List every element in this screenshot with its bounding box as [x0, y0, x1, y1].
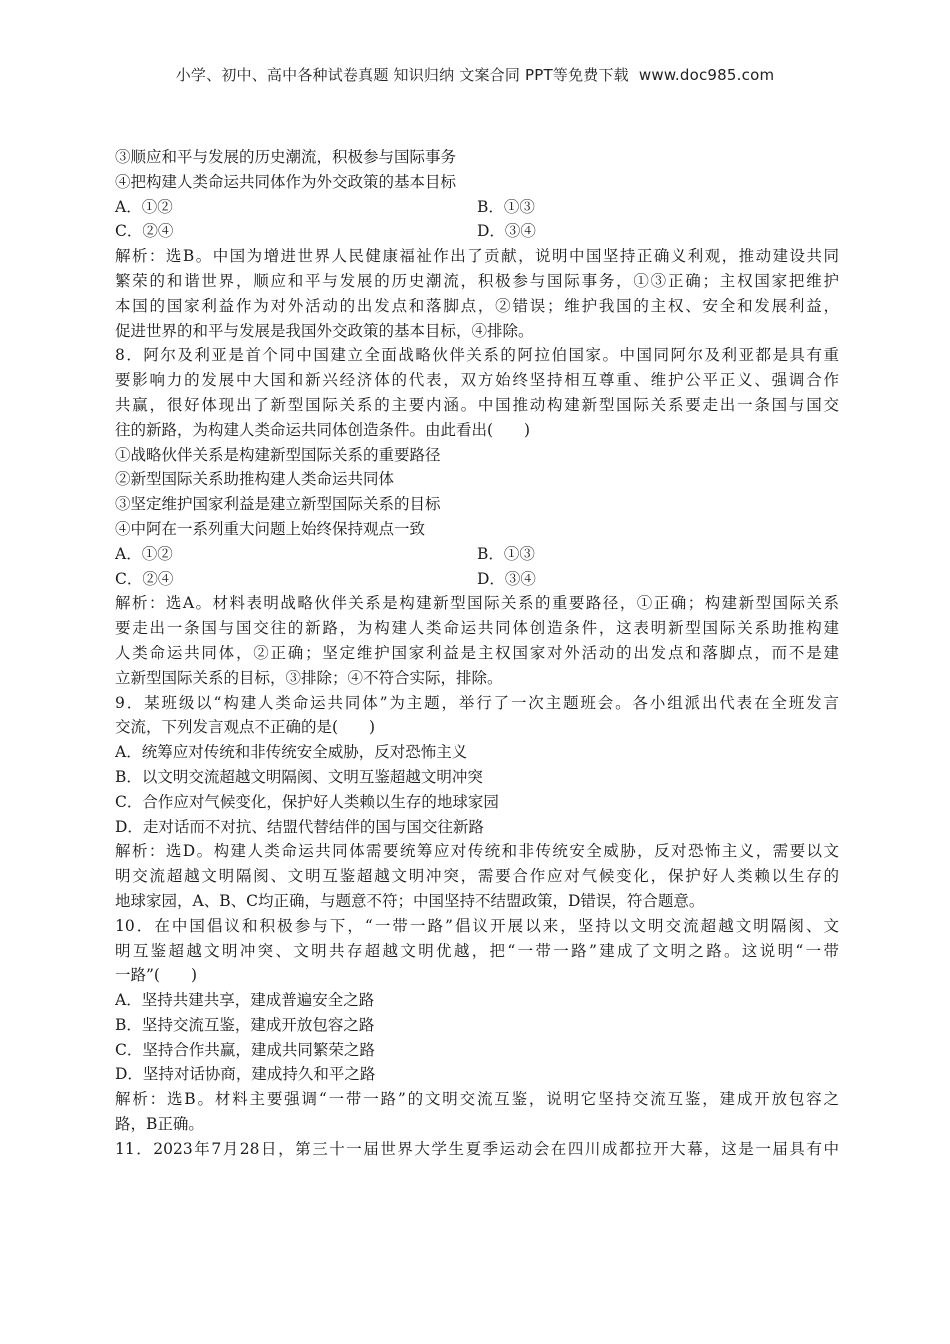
option-a: A．统筹应对传统和非传统安全威胁，反对恐怖主义	[115, 740, 839, 765]
header-text: 小学、初中、高中各种试卷真题 知识归纳 文案合同 PPT等免费下载	[176, 66, 629, 84]
analysis-line: 促进世界的和平与发展是我国外交政策的基本目标，④排除。	[115, 319, 839, 344]
option-c: C．②④	[115, 219, 477, 244]
options-row: A．①② B．①③	[115, 195, 839, 220]
statement-item: ③坚定维护国家利益是建立新型国际关系的目标	[115, 492, 839, 517]
analysis-line: 路，B正确。	[115, 1112, 839, 1137]
question-stem-line: 10．在中国倡议和积极参与下，“一带一路”倡议开展以来，坚持以文明交流超越文明隔…	[115, 914, 839, 939]
analysis-line: 解析：选B。中国为增进世界人民健康福祉作出了贡献，说明中国坚持正确义利观，推动建…	[115, 244, 839, 269]
analysis-line: 地球家园，A、B、C均正确，与题意不符；中国坚持不结盟政策，D错误，符合题意。	[115, 889, 839, 914]
question-stem-line: 往的新路，为构建人类命运共同体创造条件。由此看出( )	[115, 418, 839, 443]
option-a: A．坚持共建共享，建成普遍安全之路	[115, 988, 839, 1013]
option-b: B．①③	[477, 195, 839, 220]
statement-item: ②新型国际关系助推构建人类命运共同体	[115, 467, 839, 492]
document-body: ③顺应和平与发展的历史潮流，积极参与国际事务 ④把构建人类命运共同体作为外交政策…	[115, 145, 839, 1162]
page-header: 小学、初中、高中各种试卷真题 知识归纳 文案合同 PPT等免费下载www.doc…	[0, 64, 950, 85]
analysis-line: 明交流超越文明隔阂、文明互鉴超越文明冲突，需要合作应对气候变化，保护好人类赖以生…	[115, 864, 839, 889]
question-stem-line: 一路”( )	[115, 963, 839, 988]
analysis-line: 立新型国际关系的目标，③排除；④不符合实际，排除。	[115, 666, 839, 691]
option-a: A．①②	[115, 195, 477, 220]
question-stem-line: 8．阿尔及利亚是首个同中国建立全面战略伙伴关系的阿拉伯国家。中国同阿尔及利亚都是…	[115, 343, 839, 368]
analysis-line: 要走出一条国与国交往的新路，为构建人类命运共同体创造条件，这表明新型国际关系助推…	[115, 616, 839, 641]
question-stem-line: 9．某班级以“构建人类命运共同体”为主题，举行了一次主题班会。各小组派出代表在全…	[115, 691, 839, 716]
option-d: D．③④	[477, 567, 839, 592]
statement-item: ④中阿在一系列重大问题上始终保持观点一致	[115, 517, 839, 542]
option-d: D．坚持对话协商，建成持久和平之路	[115, 1062, 839, 1087]
option-b: B．坚持交流互鉴，建成开放包容之路	[115, 1013, 839, 1038]
question-10: 10．在中国倡议和积极参与下，“一带一路”倡议开展以来，坚持以文明交流超越文明隔…	[115, 914, 839, 1137]
option-d: D．③④	[477, 219, 839, 244]
question-9: 9．某班级以“构建人类命运共同体”为主题，举行了一次主题班会。各小组派出代表在全…	[115, 691, 839, 914]
analysis-line: 本国的国家利益作为对外活动的出发点和落脚点，②错误；维护我国的主权、安全和发展利…	[115, 294, 839, 319]
option-b: B．①③	[477, 542, 839, 567]
question-7: ③顺应和平与发展的历史潮流，积极参与国际事务 ④把构建人类命运共同体作为外交政策…	[115, 145, 839, 343]
question-stem-line: 交流，下列发言观点不正确的是( )	[115, 715, 839, 740]
options-row: C．②④ D．③④	[115, 219, 839, 244]
analysis-line: 繁荣的和谐世界，顺应和平与发展的历史潮流，积极参与国际事务，①③正确；主权国家把…	[115, 269, 839, 294]
analysis-line: 解析：选A。材料表明战略伙伴关系是构建新型国际关系的重要路径，①正确；构建新型国…	[115, 591, 839, 616]
analysis-line: 人类命运共同体，②正确；坚定维护国家利益是主权国家对外活动的出发点和落脚点，而不…	[115, 641, 839, 666]
question-stem-line: 共赢，很好体现出了新型国际关系的主要内涵。中国推动构建新型国际关系要走出一条国与…	[115, 393, 839, 418]
question-8: 8．阿尔及利亚是首个同中国建立全面战略伙伴关系的阿拉伯国家。中国同阿尔及利亚都是…	[115, 343, 839, 690]
question-stem-line: 明互鉴超越文明冲突、文明共存超越文明优越，把“一带一路”建成了文明之路。这说明“…	[115, 939, 839, 964]
option-c: C．合作应对气候变化，保护好人类赖以生存的地球家园	[115, 790, 839, 815]
option-b: B．以文明交流超越文明隔阂、文明互鉴超越文明冲突	[115, 765, 839, 790]
option-c: C．②④	[115, 567, 477, 592]
option-a: A．①②	[115, 542, 477, 567]
statement-item: ③顺应和平与发展的历史潮流，积极参与国际事务	[115, 145, 839, 170]
statement-item: ④把构建人类命运共同体作为外交政策的基本目标	[115, 170, 839, 195]
analysis-line: 解析：选D。构建人类命运共同体需要统筹应对传统和非传统安全威胁，反对恐怖主义，需…	[115, 839, 839, 864]
option-d: D．走对话而不对抗、结盟代替结伴的国与国交往新路	[115, 815, 839, 840]
statement-item: ①战略伙伴关系是构建新型国际关系的重要路径	[115, 443, 839, 468]
question-stem-line: 要影响力的发展中大国和新兴经济体的代表，双方始终坚持相互尊重、维护公平正义、强调…	[115, 368, 839, 393]
header-url: www.doc985.com	[639, 66, 774, 84]
analysis-line: 解析：选B。材料主要强调“一带一路”的文明交流互鉴，说明它坚持交流互鉴，建成开放…	[115, 1087, 839, 1112]
options-row: A．①② B．①③	[115, 542, 839, 567]
option-c: C．坚持合作共赢，建成共同繁荣之路	[115, 1038, 839, 1063]
question-stem-line: 11．2023年7月28日，第三十一届世界大学生夏季运动会在四川成都拉开大幕，这…	[115, 1137, 839, 1162]
options-row: C．②④ D．③④	[115, 567, 839, 592]
question-11: 11．2023年7月28日，第三十一届世界大学生夏季运动会在四川成都拉开大幕，这…	[115, 1137, 839, 1162]
